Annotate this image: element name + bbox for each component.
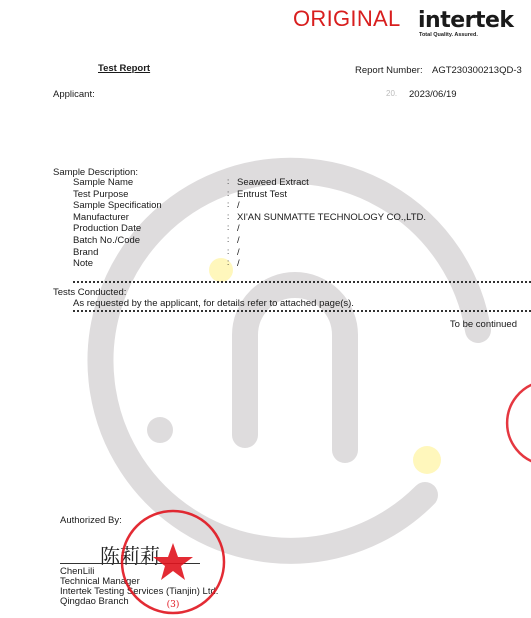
company-seal-icon: (3): [118, 507, 228, 617]
field-value: /: [237, 223, 240, 234]
field-separator: :: [227, 212, 229, 221]
report-number: AGT230300213QD-3: [432, 65, 522, 76]
field-label: Production Date: [73, 223, 141, 234]
field-separator: :: [227, 200, 229, 209]
tests-conducted-label: Tests Conducted:: [53, 287, 126, 298]
seal-number: (3): [167, 599, 180, 610]
page-title: Test Report: [98, 63, 150, 74]
field-value: Seaweed Extract: [237, 177, 309, 188]
authorized-by-label: Authorized By:: [60, 515, 122, 526]
field-label: Note: [73, 258, 93, 269]
sample-field-row: Sample Name:Seaweed Extract: [73, 177, 523, 189]
report-number-label: Report Number:: [355, 65, 423, 76]
partial-seal-icon: [500, 378, 531, 468]
original-stamp-text: ORIGINAL: [293, 6, 401, 32]
dotted-divider: [73, 310, 531, 312]
applicant-label: Applicant:: [53, 89, 95, 100]
field-value: /: [237, 258, 240, 269]
sample-field-row: Note:/: [73, 258, 523, 270]
to-be-continued: To be continued: [450, 319, 517, 330]
field-separator: :: [227, 247, 229, 256]
faded-date-prefix: 20.: [386, 89, 397, 98]
field-value: Entrust Test: [237, 189, 287, 200]
field-separator: :: [227, 235, 229, 244]
field-value: /: [237, 247, 240, 258]
field-label: Sample Name: [73, 177, 133, 188]
sample-field-row: Test Purpose:Entrust Test: [73, 189, 523, 201]
logo-tagline: Total Quality. Assured.: [419, 32, 478, 38]
field-separator: :: [227, 223, 229, 232]
sample-field-row: Production Date:/: [73, 223, 523, 235]
sample-field-row: Brand:/: [73, 247, 523, 259]
field-label: Manufacturer: [73, 212, 129, 223]
intertek-logo: intertek: [418, 8, 514, 33]
report-date: 2023/06/19: [409, 89, 457, 100]
field-label: Batch No./Code: [73, 235, 140, 246]
field-value: XI'AN SUNMATTE TECHNOLOGY CO.,LTD.: [237, 212, 426, 223]
dotted-divider: [73, 281, 531, 283]
field-label: Sample Specification: [73, 200, 162, 211]
field-separator: :: [227, 189, 229, 198]
sample-field-row: Manufacturer:XI'AN SUNMATTE TECHNOLOGY C…: [73, 212, 523, 224]
sample-field-row: Sample Specification:/: [73, 200, 523, 212]
field-separator: :: [227, 177, 229, 186]
field-value: /: [237, 235, 240, 246]
field-separator: :: [227, 258, 229, 267]
field-label: Test Purpose: [73, 189, 128, 200]
field-value: /: [237, 200, 240, 211]
tests-conducted-text: As requested by the applicant, for detai…: [73, 298, 354, 309]
field-label: Brand: [73, 247, 98, 258]
sample-field-row: Batch No./Code:/: [73, 235, 523, 247]
